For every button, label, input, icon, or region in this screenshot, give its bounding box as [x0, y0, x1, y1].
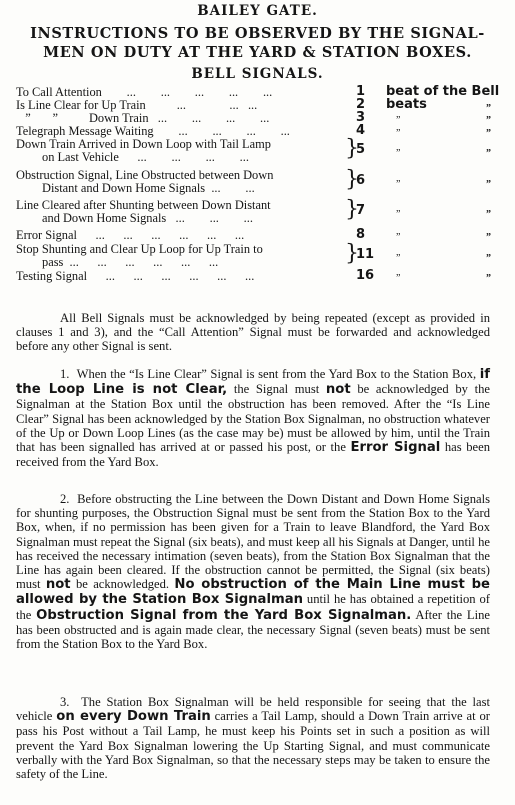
clause-emphasis: Obstruction Signal from the Yard Box Sig… — [36, 608, 411, 623]
clause-number: 1. — [60, 367, 69, 381]
ditto-mark: ” — [396, 115, 400, 128]
ditto-mark: ” — [486, 115, 491, 128]
ditto-mark: ” — [396, 128, 400, 141]
clause-emphasis: not — [326, 382, 351, 397]
signal-description: Down Train Arrived in Down Loop with Tai… — [16, 138, 351, 163]
signal-description: Error Signal ... ... ... ... ... ... — [16, 229, 351, 242]
ditto-mark: ” — [486, 103, 491, 116]
ditto-mark: ” — [486, 209, 491, 222]
clause-emphasis: Error Signal — [350, 440, 440, 455]
document-page: BAILEY GATE. INSTRUCTIONS TO BE OBSERVED… — [0, 0, 515, 805]
signal-beats: 5 — [356, 144, 365, 157]
clause-emphasis: not — [46, 577, 71, 592]
clause-2: 2. Before obstructing the Line between t… — [16, 492, 490, 651]
ditto-mark: ” — [396, 148, 400, 161]
instructions-heading-line-1: INSTRUCTIONS TO BE OBSERVED BY THE SIGNA… — [0, 25, 515, 42]
signal-description-line-1: Line Cleared after Shunting between Down… — [16, 198, 271, 212]
place-title: BAILEY GATE. — [0, 3, 515, 19]
instructions-heading-line-2: MEN ON DUTY AT THE YARD & STATION BOXES. — [0, 44, 515, 61]
ditto-mark: ” — [396, 232, 400, 245]
signal-description-line-2: pass ... ... ... ... ... ... — [16, 256, 351, 269]
clause-number: 3. — [60, 695, 69, 709]
general-note-text: All Bell Signals must be acknowledged by… — [16, 311, 490, 353]
ditto-mark: ” — [396, 179, 400, 192]
signal-description: Is Line Clear for Up Train ... ... ... — [16, 99, 351, 112]
signal-description: Obstruction Signal, Line Obstructed betw… — [16, 169, 351, 194]
ditto-mark: ” — [486, 273, 491, 286]
signal-description-line-2: and Down Home Signals ... ... ... — [16, 212, 351, 225]
section-title-bell-signals: BELL SIGNALS. — [0, 66, 515, 82]
ditto-mark: ” — [396, 253, 400, 266]
ditto-mark: ” — [396, 273, 400, 286]
signal-description: ” ” Down Train ... ... ... ... — [16, 112, 351, 125]
signal-beats: 11 — [356, 249, 374, 262]
signal-description: Telegraph Message Waiting ... ... ... ..… — [16, 125, 351, 138]
signal-beats: 8 — [356, 229, 365, 242]
clause-text: be acknowledged. — [71, 577, 175, 591]
clause-text: When the “Is Line Clear” Signal is sent … — [77, 367, 480, 381]
signal-description-line-2: Distant and Down Home Signals ... ... — [16, 182, 351, 195]
ditto-mark: ” — [486, 148, 491, 161]
signal-unit: beats — [386, 99, 427, 112]
signal-beats: 16 — [356, 270, 374, 283]
clause-1: 1. When the “Is Line Clear” Signal is se… — [16, 367, 490, 469]
signal-description: Line Cleared after Shunting between Down… — [16, 199, 351, 224]
signal-description: To Call Attention ... ... ... ... ... — [16, 86, 351, 99]
ditto-mark: ” — [486, 179, 491, 192]
signal-description: Testing Signal ... ... ... ... ... ... — [16, 270, 351, 283]
signal-description-line-2: on Last Vehicle ... ... ... ... — [16, 151, 351, 164]
general-note-paragraph: All Bell Signals must be acknowledged by… — [16, 311, 490, 354]
signal-description-line-1: Down Train Arrived in Down Loop with Tai… — [16, 137, 271, 151]
ditto-mark: ” — [486, 232, 491, 245]
clause-emphasis: on every Down Train — [56, 709, 211, 724]
clause-number: 2. — [60, 492, 69, 506]
ditto-mark: ” — [486, 253, 491, 266]
clause-3: 3. The Station Box Signalman will be hel… — [16, 695, 490, 781]
signal-beats: 7 — [356, 205, 365, 218]
ditto-mark: ” — [396, 209, 400, 222]
signal-description-line-1: Stop Shunting and Clear Up Loop for Up T… — [16, 242, 263, 256]
signal-description-line-1: Obstruction Signal, Line Obstructed betw… — [16, 168, 273, 182]
clause-text: the Signal must — [227, 382, 326, 396]
ditto-mark: ” — [486, 128, 491, 141]
signal-beats: 6 — [356, 175, 365, 188]
signal-description: Stop Shunting and Clear Up Loop for Up T… — [16, 243, 351, 268]
